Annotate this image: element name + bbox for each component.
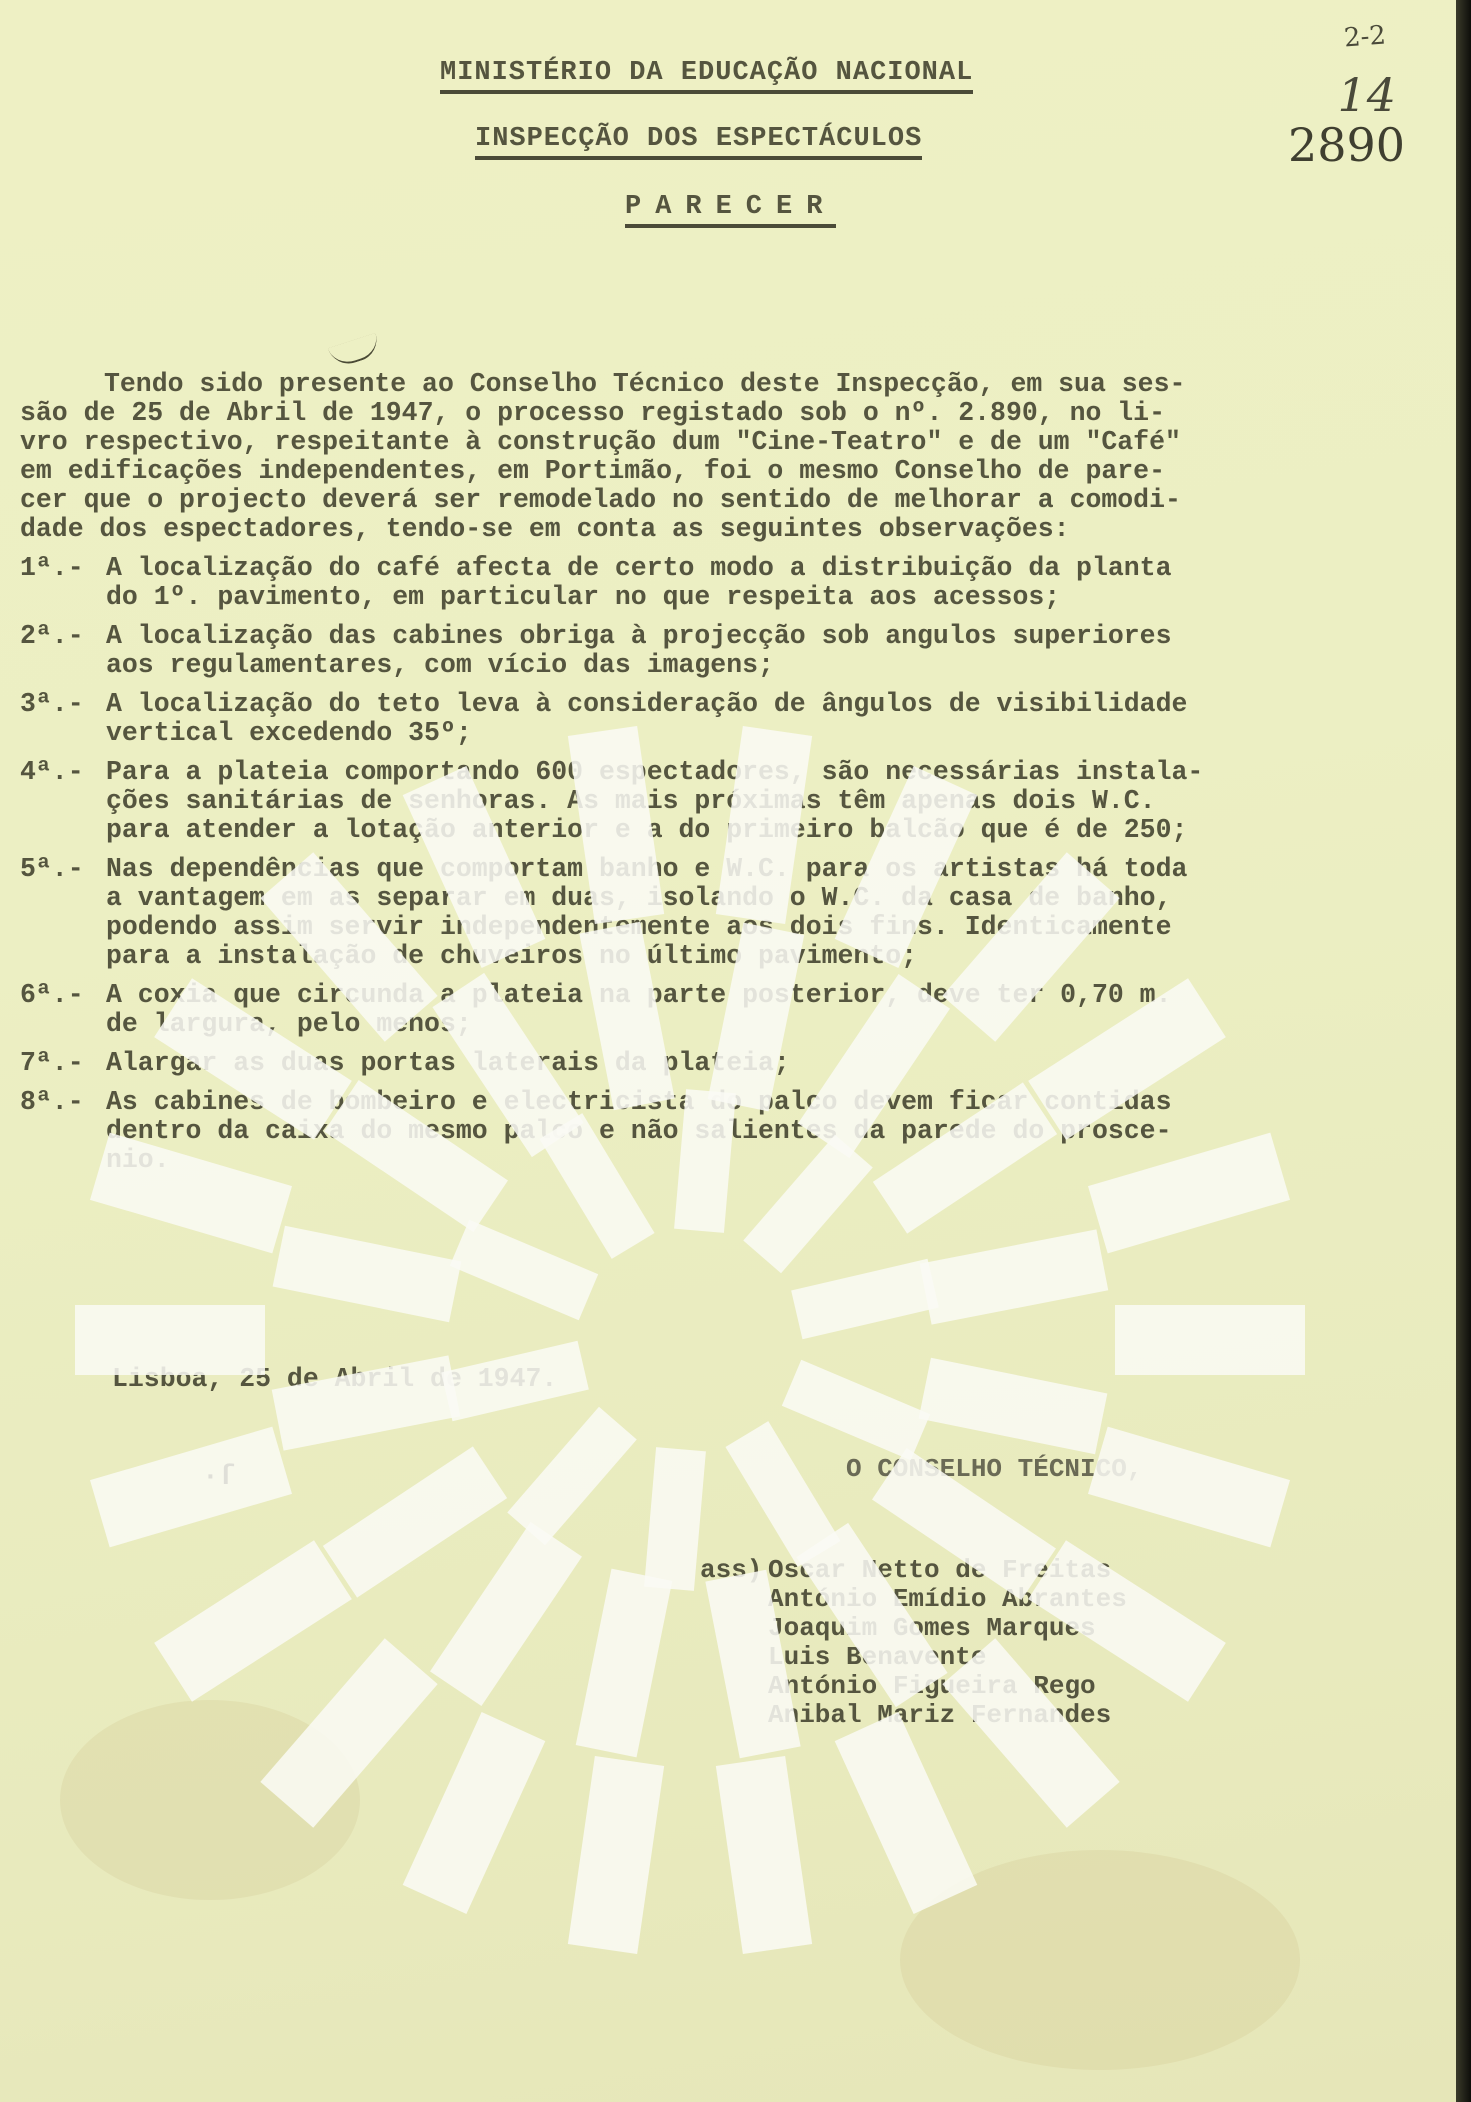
signatory-name: Luis Benavente <box>768 1643 1127 1672</box>
department-heading: INSPECÇÃO DOS ESPECTÁCULOS <box>475 124 922 160</box>
redaction-strip <box>644 1447 706 1591</box>
observation-item: 4ª.-Para a plateia comportando 600 espec… <box>20 758 1440 845</box>
observation-number: 1ª.- <box>20 554 106 612</box>
observation-number: 7ª.- <box>20 1049 106 1078</box>
redaction-strip <box>920 1229 1109 1324</box>
paper-stain <box>900 1850 1300 2070</box>
observation-number: 3ª.- <box>20 690 106 748</box>
redaction-strip <box>403 1712 546 1914</box>
observation-text: Alargar as duas portas laterais da plate… <box>106 1049 790 1078</box>
observation-text: As cabines de bombeiro e electricista do… <box>106 1088 1171 1175</box>
signature-prefix: ass) <box>700 1556 762 1585</box>
process-number-stamp: 2890 <box>1288 118 1405 172</box>
intro-line: Tendo sido presente ao Conselho Técnico … <box>104 370 1440 399</box>
observation-number: 4ª.- <box>20 758 106 845</box>
observation-item: 8ª.-As cabines de bombeiro e electricist… <box>20 1088 1440 1175</box>
intro-line: em edificações independentes, em Portimã… <box>20 457 1440 486</box>
pen-flourish-icon <box>328 333 382 369</box>
observation-text: A localização do café afecta de certo mo… <box>106 554 1171 612</box>
redaction-strip <box>154 1540 352 1702</box>
intro-line: cer que o projecto deverá ser remodelado… <box>20 486 1440 515</box>
document-title: PARECER <box>625 192 836 228</box>
council-signoff: O CONSELHO TÉCNICO, <box>846 1454 1142 1484</box>
observation-item: 1ª.-A localização do café afecta de cert… <box>20 554 1440 612</box>
document-page: MINISTÉRIO DA EDUCAÇÃO NACIONAL INSPECÇÃ… <box>0 0 1456 2102</box>
redaction-strip <box>1115 1305 1305 1375</box>
observation-text: A localização das cabines obriga à proje… <box>106 622 1171 680</box>
observation-item: 2ª.-A localização das cabines obriga à p… <box>20 622 1440 680</box>
intro-line: vro respectivo, respeitante à construção… <box>20 428 1440 457</box>
redaction-strip <box>1088 1426 1290 1547</box>
redaction-strip <box>791 1259 939 1339</box>
observation-text: A coxia que circunda a plateia na parte … <box>106 981 1171 1039</box>
observation-text: Para a plateia comportando 600 espectado… <box>106 758 1203 845</box>
observations-list: 1ª.-A localização do café afecta de cert… <box>20 554 1440 1175</box>
observation-number: 6ª.- <box>20 981 106 1039</box>
redaction-strip <box>272 1226 461 1323</box>
ink-mark-icon: ·ſ <box>202 1462 236 1493</box>
observation-text: Nas dependências que comportam banho e W… <box>106 855 1187 971</box>
signatory-name: Anibal Mariz Fernandes <box>768 1701 1127 1730</box>
redaction-strip <box>323 1447 507 1598</box>
observation-number: 5ª.- <box>20 855 106 971</box>
redaction-strip <box>716 1756 812 1954</box>
redaction-strip <box>450 1220 598 1321</box>
signatory-name: António Emídio Abrantes <box>768 1585 1127 1614</box>
observation-text: A localização do teto leva à consideraçã… <box>106 690 1187 748</box>
observation-number: 2ª.- <box>20 622 106 680</box>
redaction-strip <box>568 1756 664 1954</box>
intro-paragraph: Tendo sido presente ao Conselho Técnico … <box>104 370 1440 544</box>
intro-line: dade dos espectadores, tendo-se em conta… <box>20 515 1440 544</box>
signatory-name: Oscar Netto de Freitas <box>768 1556 1127 1585</box>
observation-item: 5ª.-Nas dependências que comportam banho… <box>20 855 1440 971</box>
redaction-strip <box>919 1357 1108 1454</box>
signatory-name: António Figueira Rego <box>768 1672 1127 1701</box>
redaction-strip <box>576 1569 673 1758</box>
ministry-heading: MINISTÉRIO DA EDUCAÇÃO NACIONAL <box>440 58 973 94</box>
observation-item: 6ª.-A coxia que circunda a plateia na pa… <box>20 981 1440 1039</box>
redaction-strip <box>725 1421 840 1567</box>
observation-item: 3ª.-A localização do teto leva à conside… <box>20 690 1440 748</box>
paper-stain <box>60 1700 360 1900</box>
signatory-name: Joaquim Gomes Marques <box>768 1614 1127 1643</box>
folio-number: 14 <box>1337 68 1396 122</box>
handwritten-note: 2-2 <box>1343 21 1387 54</box>
observation-number: 8ª.- <box>20 1088 106 1175</box>
redaction-strip <box>90 1426 292 1547</box>
signature-names: Oscar Netto de FreitasAntónio Emídio Abr… <box>768 1556 1127 1730</box>
scan-edge <box>1456 0 1471 2102</box>
place-date: Lisboa, 25 de Abril de 1947. <box>112 1364 557 1394</box>
redaction-strip <box>507 1407 636 1546</box>
redaction-strip <box>782 1360 930 1461</box>
intro-line: são de 25 de Abril de 1947, o processo r… <box>20 399 1440 428</box>
document-body: Tendo sido presente ao Conselho Técnico … <box>20 370 1440 1175</box>
observation-item: 7ª.-Alargar as duas portas laterais da p… <box>20 1049 1440 1078</box>
redaction-strip <box>430 1522 582 1706</box>
